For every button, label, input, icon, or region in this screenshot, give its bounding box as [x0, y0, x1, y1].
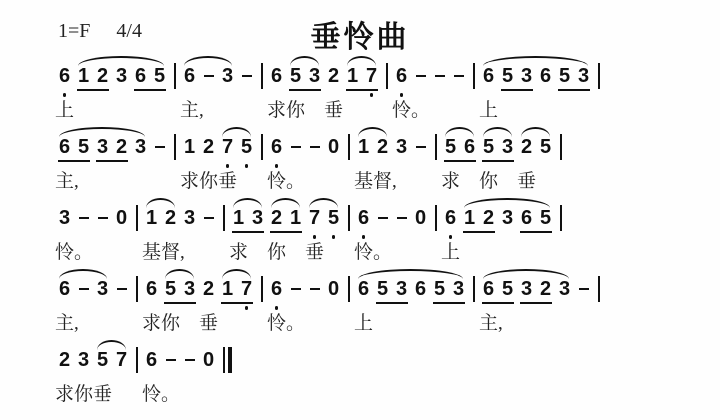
dash [153, 146, 166, 149]
slur-arc [483, 269, 569, 279]
beam-underline [164, 302, 196, 304]
note: 3 [134, 136, 147, 159]
note: 6 [58, 136, 71, 159]
rest: 0 [327, 278, 340, 301]
note: 6 [58, 278, 71, 301]
beam-underline [77, 89, 109, 91]
note: 5 [558, 65, 571, 88]
dash [164, 359, 177, 362]
note: 6 [183, 65, 196, 88]
note: 3 [251, 207, 264, 230]
note: 2 [520, 136, 533, 159]
dash [202, 217, 215, 220]
note: 3 [558, 278, 571, 301]
note: 3 [452, 278, 465, 301]
lyric: 垂 [324, 95, 343, 122]
slur-arc [483, 127, 512, 137]
dash [96, 217, 109, 220]
slur-arc [521, 127, 550, 137]
note: 2 [96, 65, 109, 88]
note: 1 [357, 136, 370, 159]
barline [473, 276, 475, 302]
lyric: 怜。 [55, 237, 93, 264]
notes-row: 3012313217560612365 [58, 205, 569, 231]
dash [289, 288, 302, 291]
barline [560, 134, 562, 160]
slur-arc [290, 56, 319, 66]
note: 5 [444, 136, 457, 159]
slur-arc [233, 198, 262, 208]
dash [289, 146, 302, 149]
lyric: 主, [55, 166, 79, 193]
dash [77, 288, 90, 291]
final-barline [223, 347, 232, 373]
song-title: 垂怜曲 [0, 12, 720, 56]
note: 6 [482, 278, 495, 301]
lyric: 你 [267, 237, 286, 264]
barline [473, 63, 475, 89]
barline [174, 134, 176, 160]
dash [202, 75, 215, 78]
slur-arc [59, 127, 145, 137]
note: 5 [153, 65, 166, 88]
lyric: 督, [373, 166, 397, 193]
note: 3 [77, 349, 90, 372]
slur-arc [271, 198, 300, 208]
note: 2 [202, 136, 215, 159]
barline [435, 205, 437, 231]
beam-underline [482, 160, 514, 162]
note: 1 [221, 278, 234, 301]
barline [261, 276, 263, 302]
score-line: 636532176065365365323主,求你垂怜。上主, [58, 268, 713, 339]
note: 6 [520, 207, 533, 230]
note: 1 [346, 65, 359, 88]
note: 3 [58, 207, 71, 230]
note: 7 [365, 65, 378, 88]
rest: 0 [115, 207, 128, 230]
barline [136, 276, 138, 302]
note: 2 [539, 278, 552, 301]
beam-underline [520, 302, 552, 304]
beam-underline [270, 231, 302, 233]
barline [136, 347, 138, 373]
barline [223, 205, 225, 231]
barline [598, 276, 600, 302]
slur-arc [165, 269, 194, 279]
score-line: 235760求你垂怜。 [58, 339, 713, 410]
lyric: 求你 [267, 95, 305, 122]
note: 6 [270, 65, 283, 88]
note: 6 [482, 65, 495, 88]
slur-arc [78, 56, 164, 66]
note: 3 [115, 65, 128, 88]
dash [240, 75, 253, 78]
beam-underline [58, 160, 90, 162]
beam-underline [520, 231, 552, 233]
note: 5 [482, 136, 495, 159]
slur-arc [358, 269, 463, 279]
note: 6 [270, 136, 283, 159]
score-line: 65323127560123565325主,求你垂怜。基督,求你垂 [58, 126, 713, 197]
octave-dot [370, 93, 374, 97]
note: 2 [376, 136, 389, 159]
barline [386, 63, 388, 89]
score-line: 612365636532176653653上主,求你垂怜。上 [58, 55, 713, 126]
dash [77, 217, 90, 220]
notes-row: 65323127560123565325 [58, 134, 569, 160]
note: 5 [327, 207, 340, 230]
barline [560, 205, 562, 231]
note: 3 [308, 65, 321, 88]
lyric: 主, [55, 308, 79, 335]
barline [174, 63, 176, 89]
lyric: 垂 [305, 237, 324, 264]
note: 6 [270, 278, 283, 301]
note: 6 [357, 207, 370, 230]
rest: 0 [327, 136, 340, 159]
score-line: 3012313217560612365怜。基督,求你垂怜。上 [58, 197, 713, 268]
beam-underline [232, 231, 264, 233]
slur-arc [483, 56, 588, 66]
note: 7 [221, 136, 234, 159]
dash [308, 146, 321, 149]
barline [348, 134, 350, 160]
note: 3 [221, 65, 234, 88]
note: 3 [183, 207, 196, 230]
slur-arc [222, 127, 251, 137]
dash [376, 217, 389, 220]
lyric: 垂 [517, 166, 536, 193]
slur-arc [347, 56, 376, 66]
note: 3 [577, 65, 590, 88]
note: 6 [539, 65, 552, 88]
note: 2 [58, 349, 71, 372]
beam-underline [221, 302, 253, 304]
slur-arc [146, 198, 175, 208]
lyric: 求你 [142, 308, 180, 335]
note: 1 [232, 207, 245, 230]
note: 3 [96, 278, 109, 301]
barline [348, 205, 350, 231]
note: 3 [501, 207, 514, 230]
barline [136, 205, 138, 231]
dash [433, 75, 446, 78]
note: 1 [463, 207, 476, 230]
note: 3 [96, 136, 109, 159]
slur-arc [445, 127, 474, 137]
score: 612365636532176653653上主,求你垂怜。上6532312756… [58, 55, 713, 410]
lyric: 怜。 [267, 308, 305, 335]
slur-arc [464, 198, 550, 208]
note: 5 [501, 65, 514, 88]
note: 3 [395, 136, 408, 159]
lyric: 求 [229, 237, 248, 264]
note: 1 [145, 207, 158, 230]
note: 5 [501, 278, 514, 301]
note: 3 [520, 278, 533, 301]
barline [261, 134, 263, 160]
lyric: 垂 [199, 308, 218, 335]
beam-underline [433, 302, 465, 304]
note: 2 [482, 207, 495, 230]
note: 1 [183, 136, 196, 159]
beam-underline [444, 160, 476, 162]
lyric: 上 [55, 95, 74, 122]
dash [395, 217, 408, 220]
notes-row: 612365636532176653653 [58, 63, 607, 89]
sheet-music-page: 1=F4/4 垂怜曲 612365636532176653653上主,求你垂怜。… [0, 0, 720, 420]
dash [414, 146, 427, 149]
barline [348, 276, 350, 302]
lyric: 基 [142, 237, 161, 264]
dash [115, 288, 128, 291]
note: 2 [115, 136, 128, 159]
lyric: 基 [354, 166, 373, 193]
notes-row: 235760 [58, 347, 238, 373]
beam-underline [463, 231, 495, 233]
note: 6 [414, 278, 427, 301]
slur-arc [222, 269, 251, 279]
notes-row: 636532176065365365323 [58, 276, 607, 302]
note: 5 [539, 207, 552, 230]
lyric: 督, [161, 237, 185, 264]
note: 2 [202, 278, 215, 301]
note: 5 [376, 278, 389, 301]
slur-arc [59, 269, 107, 279]
slur-arc [309, 198, 338, 208]
beam-underline [346, 89, 378, 91]
barline [261, 63, 263, 89]
barline [435, 134, 437, 160]
barline [598, 63, 600, 89]
lyric: 怜。 [392, 95, 430, 122]
note: 1 [77, 65, 90, 88]
lyric: 求你垂 [55, 379, 112, 406]
lyric: 主, [479, 308, 503, 335]
lyric: 怜。 [267, 166, 305, 193]
note: 2 [270, 207, 283, 230]
note: 3 [501, 136, 514, 159]
note: 7 [240, 278, 253, 301]
note: 6 [145, 278, 158, 301]
note: 5 [289, 65, 302, 88]
lyric: 主, [180, 95, 204, 122]
dash [308, 288, 321, 291]
beam-underline [501, 89, 533, 91]
note: 7 [115, 349, 128, 372]
beam-underline [376, 302, 408, 304]
final-barline-thin [223, 347, 225, 373]
lyric: 怜。 [354, 237, 392, 264]
note: 5 [164, 278, 177, 301]
dash [452, 75, 465, 78]
note: 5 [433, 278, 446, 301]
octave-dot [332, 235, 336, 239]
note: 5 [240, 136, 253, 159]
note: 3 [183, 278, 196, 301]
dash [183, 359, 196, 362]
final-barline-thick [228, 347, 232, 373]
beam-underline [134, 89, 166, 91]
octave-dot [245, 306, 249, 310]
rest: 0 [202, 349, 215, 372]
lyric: 上 [479, 95, 498, 122]
note: 6 [357, 278, 370, 301]
lyric: 求你垂 [180, 166, 237, 193]
note: 6 [58, 65, 71, 88]
lyric: 上 [354, 308, 373, 335]
note: 7 [308, 207, 321, 230]
note: 5 [77, 136, 90, 159]
lyric: 求 [441, 166, 460, 193]
note: 3 [520, 65, 533, 88]
note: 5 [539, 136, 552, 159]
lyric: 怜。 [142, 379, 180, 406]
note: 6 [395, 65, 408, 88]
note: 1 [289, 207, 302, 230]
dash [577, 288, 590, 291]
beam-underline [96, 160, 128, 162]
note: 2 [164, 207, 177, 230]
dash [414, 75, 427, 78]
note: 6 [463, 136, 476, 159]
slur-arc [358, 127, 387, 137]
note: 6 [145, 349, 158, 372]
beam-underline [558, 89, 590, 91]
rest: 0 [414, 207, 427, 230]
octave-dot [245, 164, 249, 168]
note: 2 [327, 65, 340, 88]
beam-underline [482, 302, 514, 304]
note: 6 [134, 65, 147, 88]
lyric: 你 [479, 166, 498, 193]
lyric: 上 [441, 237, 460, 264]
note: 5 [96, 349, 109, 372]
note: 6 [444, 207, 457, 230]
beam-underline [289, 89, 321, 91]
slur-arc [97, 340, 126, 350]
slur-arc [184, 56, 232, 66]
note: 3 [395, 278, 408, 301]
